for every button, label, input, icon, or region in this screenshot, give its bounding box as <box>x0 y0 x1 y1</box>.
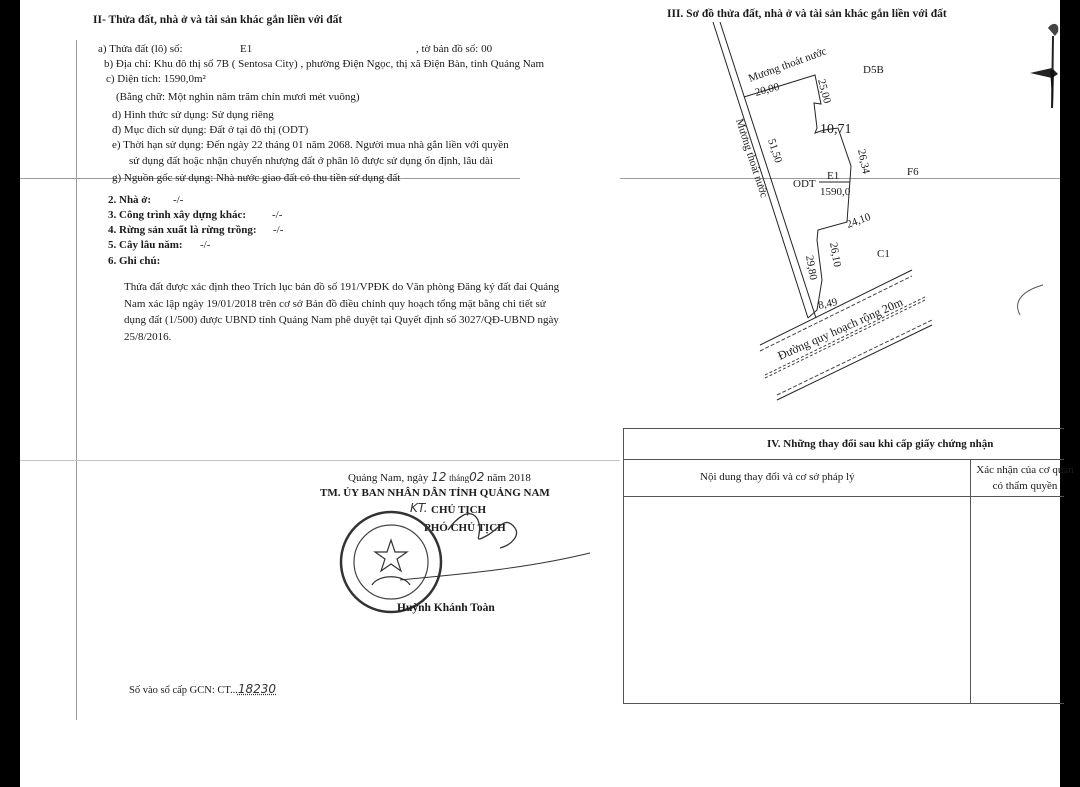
column-authority-line1: Xác nhận của cơ quan <box>970 462 1080 478</box>
column-authority-line2: có thẩm quyền <box>970 478 1080 494</box>
registry-label: Số vào sổ cấp GCN: CT... <box>129 685 238 696</box>
column-divider <box>970 459 971 703</box>
changes-table-title-row: IV. Những thay đổi sau khi cấp giấy chứn… <box>624 429 1064 460</box>
changes-table-header: Nội dung thay đổi và cơ sở pháp lý Xác n… <box>624 459 1064 497</box>
signer-name: Huỳnh Khánh Toàn <box>397 602 495 615</box>
registry-value: 18230 <box>238 682 276 696</box>
column-change-content: Nội dung thay đổi và cơ sở pháp lý <box>700 471 855 483</box>
changes-table: IV. Những thay đổi sau khi cấp giấy chứn… <box>623 428 1064 704</box>
column-authority-confirmation: Xác nhận của cơ quan có thẩm quyền <box>970 462 1080 494</box>
section-4-title: IV. Những thay đổi sau khi cấp giấy chứn… <box>767 438 993 450</box>
registry-number: Số vào sổ cấp GCN: CT...18230 <box>129 683 276 697</box>
